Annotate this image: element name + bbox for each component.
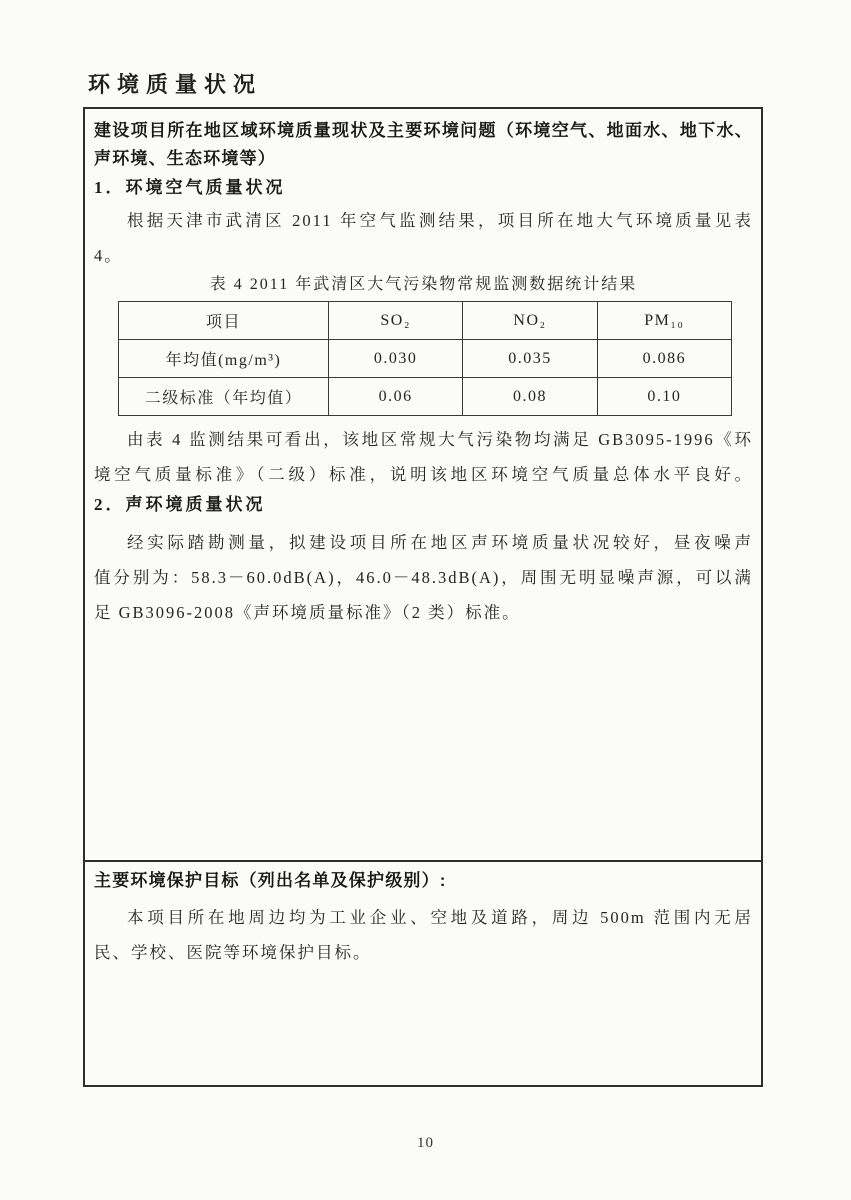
box-header: 建设项目所在地区域环境质量现状及主要环境问题（环境空气、地面水、地下水、 声环境…: [94, 117, 753, 173]
protection-paragraph: 本项目所在地周边均为工业企业、空地及道路，周边 500m 范围内无居 民、学校、…: [94, 900, 753, 970]
page-number: 10: [0, 1135, 851, 1152]
air-intro-paragraph: 根据天津市武清区 2011 年空气监测结果，项目所在地大气环境质量见表 4。: [94, 203, 753, 273]
table-header-row: 项目 SO₂ NO₂ PM₁₀: [119, 302, 732, 340]
document-page: 环境质量状况 建设项目所在地区域环境质量现状及主要环境问题（环境空气、地面水、地…: [0, 0, 851, 1200]
protection-line-2: 民、学校、医院等环境保护目标。: [94, 935, 753, 970]
noise-line-1: 经实际踏勘测量，拟建设项目所在地区声环境质量状况较好，昼夜噪声: [94, 525, 753, 560]
row-label-annual-average: 年均值(mg/m³): [119, 340, 329, 378]
annual-average-so2: 0.030: [329, 340, 463, 378]
table-caption: 表 4 2011 年武清区大气污染物常规监测数据统计结果: [94, 271, 753, 294]
row-label-class2-standard: 二级标准（年均值）: [119, 378, 329, 416]
air-section-heading: 1．环境空气质量状况: [94, 175, 753, 201]
annual-average-no2: 0.035: [463, 340, 597, 378]
class2-standard-no2: 0.08: [463, 378, 597, 416]
table-row-annual-average: 年均值(mg/m³) 0.030 0.035 0.086: [119, 340, 732, 378]
annual-average-pm10: 0.086: [597, 340, 731, 378]
table-header-pm10: PM₁₀: [597, 302, 731, 340]
box-header-line-2: 声环境、生态环境等）: [94, 145, 753, 173]
air-intro-line-2: 4。: [94, 238, 753, 273]
air-conclusion-line-1: 由表 4 监测结果可看出，该地区常规大气污染物均满足 GB3095-1996《环: [94, 422, 753, 457]
class2-standard-pm10: 0.10: [597, 378, 731, 416]
protection-line-1: 本项目所在地周边均为工业企业、空地及道路，周边 500m 范围内无居: [94, 900, 753, 935]
air-intro-line-1: 根据天津市武清区 2011 年空气监测结果，项目所在地大气环境质量见表: [94, 203, 753, 238]
content-box: 建设项目所在地区域环境质量现状及主要环境问题（环境空气、地面水、地下水、 声环境…: [83, 107, 763, 1087]
air-conclusion-paragraph: 由表 4 监测结果可看出，该地区常规大气污染物均满足 GB3095-1996《环…: [94, 422, 753, 492]
protection-header: 主要环境保护目标（列出名单及保护级别）:: [94, 867, 753, 895]
noise-line-2: 值分别为：58.3－60.0dB(A)，46.0－48.3dB(A)，周围无明显…: [94, 560, 753, 595]
air-section-heading-block: 1．环境空气质量状况: [94, 175, 753, 201]
table-header-so2: SO₂: [329, 302, 463, 340]
box-header-line-1: 建设项目所在地区域环境质量现状及主要环境问题（环境空气、地面水、地下水、: [94, 117, 753, 145]
noise-section-heading-block: 2．声环境质量状况: [94, 492, 753, 518]
class2-standard-so2: 0.06: [329, 378, 463, 416]
noise-line-3: 足 GB3096-2008《声环境质量标准》（2 类）标准。: [94, 595, 753, 630]
page-title: 环境质量状况: [88, 68, 262, 99]
air-conclusion-line-2: 境空气质量标准》（二级）标准，说明该地区环境空气质量总体水平良好。: [94, 457, 753, 492]
protection-header-block: 主要环境保护目标（列出名单及保护级别）:: [94, 867, 753, 895]
noise-paragraph: 经实际踏勘测量，拟建设项目所在地区声环境质量状况较好，昼夜噪声 值分别为：58.…: [94, 525, 753, 630]
noise-section-heading: 2．声环境质量状况: [94, 492, 753, 518]
air-quality-table: 项目 SO₂ NO₂ PM₁₀ 年均值(mg/m³) 0.030 0.035 0…: [118, 301, 732, 416]
section-divider: [83, 860, 763, 862]
table-header-item: 项目: [119, 302, 329, 340]
table-header-no2: NO₂: [463, 302, 597, 340]
table-row-class2-standard: 二级标准（年均值） 0.06 0.08 0.10: [119, 378, 732, 416]
